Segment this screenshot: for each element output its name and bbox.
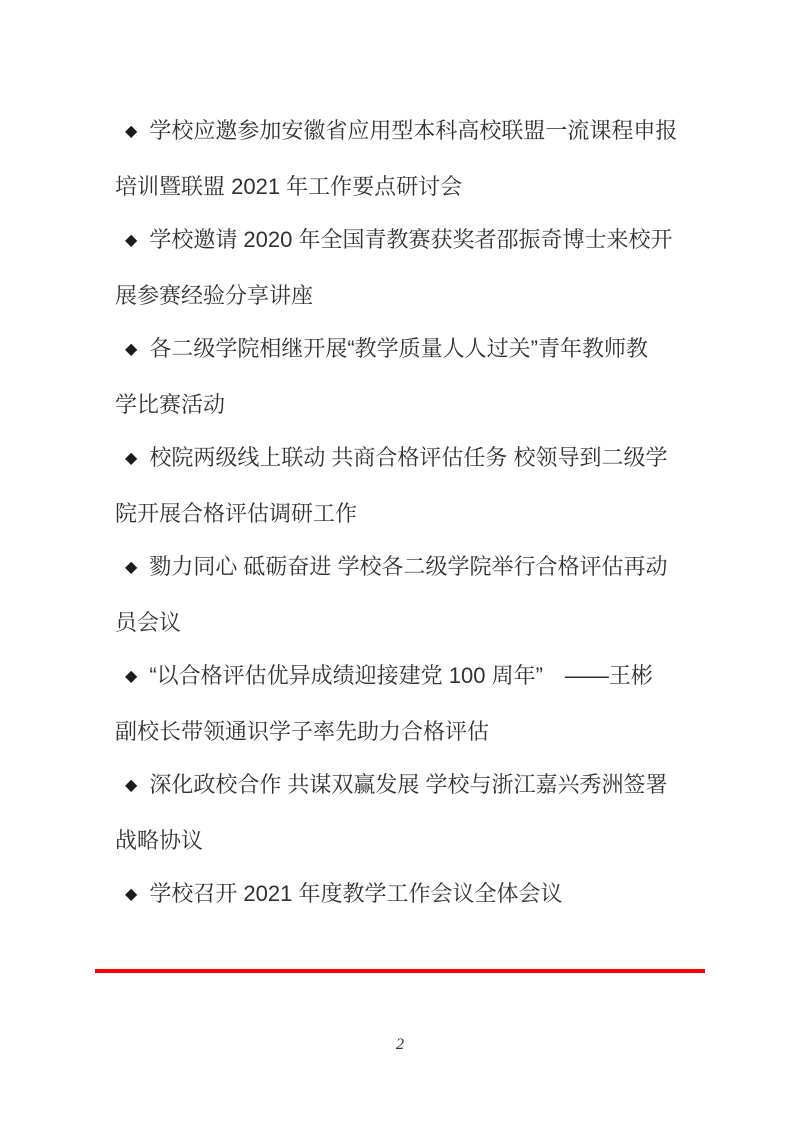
news-item-line: 展参赛经验分享讲座 bbox=[115, 283, 313, 308]
news-item-line: 深化政校合作 共谋双赢发展 学校与浙江嘉兴秀洲签署 bbox=[149, 772, 667, 797]
news-item-line: “以合格评估优异成绩迎接建党 100 周年” ——王彬 bbox=[149, 663, 653, 688]
news-item-line: 员会议 bbox=[115, 610, 181, 635]
news-item: ◆学校应邀参加安徽省应用型本科高校联盟一流课程申报培训暨联盟 2021 年工作要… bbox=[115, 104, 700, 213]
news-item: ◆各二级学院相继开展“教学质量人人过关”青年教师教学比赛活动 bbox=[115, 322, 700, 431]
news-item-line: 校院两级线上联动 共商合格评估任务 校领导到二级学 bbox=[149, 445, 667, 470]
news-item-line: 各二级学院相继开展“教学质量人人过关”青年教师教 bbox=[149, 336, 648, 361]
news-item-line: 战略协议 bbox=[115, 828, 203, 853]
news-item: ◆校院两级线上联动 共商合格评估任务 校领导到二级学院开展合格评估调研工作 bbox=[115, 431, 700, 540]
diamond-bullet-icon: ◆ bbox=[125, 868, 137, 921]
news-item-line: 学比赛活动 bbox=[115, 392, 225, 417]
news-item: ◆“以合格评估优异成绩迎接建党 100 周年” ——王彬副校长带领通识学子率先助… bbox=[115, 649, 700, 758]
news-item: ◆学校召开 2021 年度教学工作会议全体会议 bbox=[115, 867, 700, 923]
diamond-bullet-icon: ◆ bbox=[125, 650, 137, 703]
diamond-bullet-icon: ◆ bbox=[125, 323, 137, 376]
news-item-line: 院开展合格评估调研工作 bbox=[115, 501, 357, 526]
diamond-bullet-icon: ◆ bbox=[125, 214, 137, 267]
news-item-line: 培训暨联盟 2021 年工作要点研讨会 bbox=[115, 174, 462, 199]
news-item-line: 学校召开 2021 年度教学工作会议全体会议 bbox=[149, 881, 562, 906]
news-item: ◆勠力同心 砥砺奋进 学校各二级学院举行合格评估再动员会议 bbox=[115, 540, 700, 649]
diamond-bullet-icon: ◆ bbox=[125, 759, 137, 812]
document-page: ◆学校应邀参加安徽省应用型本科高校联盟一流课程申报培训暨联盟 2021 年工作要… bbox=[0, 0, 800, 1131]
news-item-line: 勠力同心 砥砺奋进 学校各二级学院举行合格评估再动 bbox=[149, 554, 667, 579]
diamond-bullet-icon: ◆ bbox=[125, 105, 137, 158]
diamond-bullet-icon: ◆ bbox=[125, 541, 137, 594]
news-list: ◆学校应邀参加安徽省应用型本科高校联盟一流课程申报培训暨联盟 2021 年工作要… bbox=[115, 104, 700, 923]
news-item: ◆深化政校合作 共谋双赢发展 学校与浙江嘉兴秀洲签署战略协议 bbox=[115, 758, 700, 867]
news-item-line: 学校邀请 2020 年全国青教赛获奖者邵振奇博士来校开 bbox=[149, 227, 672, 252]
diamond-bullet-icon: ◆ bbox=[125, 432, 137, 485]
news-item-line: 学校应邀参加安徽省应用型本科高校联盟一流课程申报 bbox=[149, 118, 677, 143]
news-item: ◆学校邀请 2020 年全国青教赛获奖者邵振奇博士来校开展参赛经验分享讲座 bbox=[115, 213, 700, 322]
news-item-line: 副校长带领通识学子率先助力合格评估 bbox=[115, 719, 489, 744]
page-number: 2 bbox=[0, 1036, 800, 1054]
footer-red-rule bbox=[95, 969, 705, 973]
